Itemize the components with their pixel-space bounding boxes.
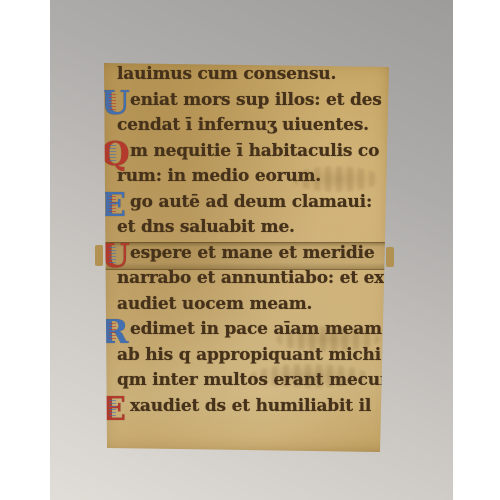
line-text: edimet in pace aīam meam (130, 319, 382, 339)
manuscript-leaf: lauimus cum consensu.Ueniat mors sup ill… (100, 60, 392, 454)
line-text: audiet uocem meam. (117, 294, 312, 314)
manuscript-line: cendat ī infernuʒ uiuentes. (117, 113, 369, 139)
manuscript-line: Qm nequitie ī habitaculis co (117, 139, 379, 165)
line-text: go autē ad deum clamaui: (130, 192, 372, 212)
manuscript-line: ab his q appropiquant michi: (117, 343, 387, 369)
manuscript-line: Ego autē ad deum clamaui: (117, 190, 372, 216)
fold-edge-right (386, 247, 394, 267)
manuscript-line: rum: in medio eorum. (117, 164, 321, 190)
line-text: eniat mors sup illos: et des (130, 90, 382, 110)
manuscript-line: qm inter multos erant mecum. (117, 368, 403, 394)
photo-frame: lauimus cum consensu.Ueniat mors sup ill… (0, 0, 500, 500)
line-text: qm inter multos erant mecum. (117, 370, 403, 390)
text-block: lauimus cum consensu.Ueniat mors sup ill… (117, 62, 388, 454)
line-text: et dns saluabit me. (117, 217, 295, 237)
manuscript-line: Redimet in pace aīam meam (117, 317, 382, 343)
line-text: narrabo et annuntiabo: et ex (117, 268, 384, 288)
manuscript-line: narrabo et annuntiabo: et ex (117, 266, 384, 292)
line-text: cendat ī infernuʒ uiuentes. (117, 115, 369, 135)
manuscript-line: audiet uocem meam. (117, 292, 312, 318)
manuscript-line: Uespere et mane et meridie (117, 241, 374, 267)
line-text: espere et mane et meridie (130, 243, 374, 263)
line-text: xaudiet ds et humiliabit il (130, 396, 371, 416)
line-text: ab his q appropiquant michi: (117, 345, 387, 365)
letterbox-right (453, 0, 500, 500)
fold-edge-left (95, 245, 103, 266)
manuscript-line: lauimus cum consensu. (117, 62, 336, 88)
manuscript-line: Ueniat mors sup illos: et des (117, 88, 382, 114)
manuscript-line: et dns saluabit me. (117, 215, 295, 241)
line-text: rum: in medio eorum. (117, 166, 321, 186)
line-text: m nequitie ī habitaculis co (130, 141, 379, 161)
letterbox-left (0, 0, 50, 500)
line-text: lauimus cum consensu. (117, 64, 336, 84)
manuscript-line: Exaudiet ds et humiliabit il (117, 394, 371, 420)
